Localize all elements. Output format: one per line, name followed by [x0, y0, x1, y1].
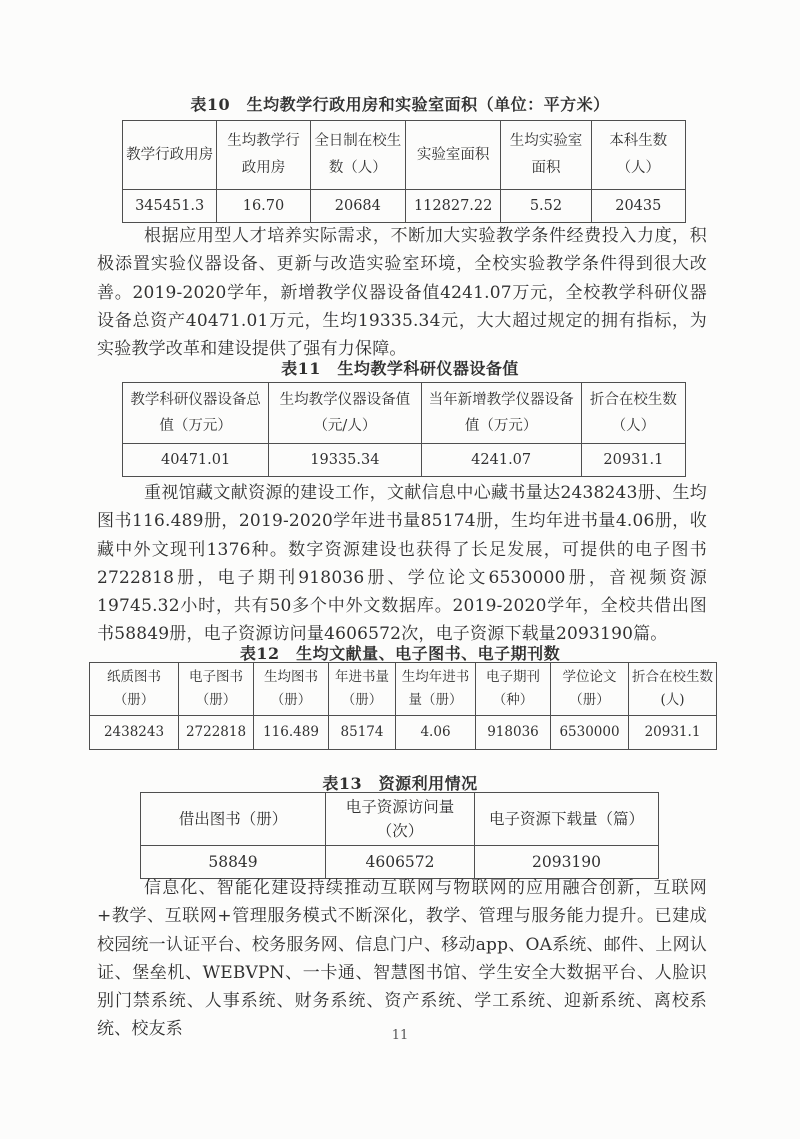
paragraph-3: 信息化、智能化建设持续推动互联网与物联网的应用融合创新，互联网+教学、互联网+管… [97, 874, 707, 1044]
table-13: 借出图书（册） 电子资源访问量（次） 电子资源下载量（篇） 58849 4606… [140, 792, 659, 879]
table-10-data-row: 345451.3 16.70 20684 112827.22 5.52 2043… [123, 190, 686, 223]
header-cell: 本科生数（人） [591, 121, 685, 190]
header-cell: 电子期刊（种） [476, 663, 551, 716]
paragraph-1: 根据应用型人才培养实际需求，不断加大实验教学条件经费投入力度，积极添置实验仪器设… [97, 222, 707, 363]
header-cell: 学位论文（册） [551, 663, 629, 716]
data-cell: 5.52 [501, 190, 591, 223]
header-cell: 电子资源访问量（次） [326, 793, 475, 846]
data-cell: 85174 [329, 716, 396, 750]
header-cell: 生均图书（册） [254, 663, 329, 716]
table-10-header-row: 教学行政用房 生均教学行政用房 全日制在校生数（人） 实验室面积 生均实验室面积… [123, 121, 686, 190]
header-cell: 生均教学行政用房 [217, 121, 310, 190]
data-cell: 918036 [476, 716, 551, 750]
table-12-data-row: 2438243 2722818 116.489 85174 4.06 91803… [90, 716, 717, 750]
header-cell: 实验室面积 [405, 121, 500, 190]
header-cell: 生均年进书量（册） [396, 663, 476, 716]
header-cell: 年进书量（册） [329, 663, 396, 716]
header-cell: 电子资源下载量（篇） [475, 793, 659, 846]
data-cell: 6530000 [551, 716, 629, 750]
table-11-title: 表11 生均教学科研仪器设备值 [0, 358, 800, 380]
data-cell: 20684 [310, 190, 405, 223]
table-12-header-row: 纸质图书（册） 电子图书（册） 生均图书（册） 年进书量（册） 生均年进书量（册… [90, 663, 717, 716]
table-11-data-row: 40471.01 19335.34 4241.07 20931.1 [123, 444, 686, 477]
data-cell: 112827.22 [405, 190, 500, 223]
table-11-header-row: 教学科研仪器设备总值（万元） 生均教学仪器设备值（元/人） 当年新增教学仪器设备… [123, 383, 686, 444]
page-number: 11 [0, 1028, 800, 1043]
data-cell: 2722818 [179, 716, 254, 750]
header-cell: 借出图书（册） [141, 793, 326, 846]
data-cell: 19335.34 [269, 444, 421, 477]
header-cell: 折合在校生数(人) [629, 663, 717, 716]
table-13-header-row: 借出图书（册） 电子资源访问量（次） 电子资源下载量（篇） [141, 793, 659, 846]
table-10-title: 表10 生均教学行政用房和实验室面积（单位：平方米） [0, 94, 800, 116]
document-page: 表10 生均教学行政用房和实验室面积（单位：平方米） 教学行政用房 生均教学行政… [0, 0, 800, 1139]
header-cell: 电子图书（册） [179, 663, 254, 716]
data-cell: 20931.1 [581, 444, 685, 477]
header-cell: 生均实验室面积 [501, 121, 591, 190]
header-cell: 教学科研仪器设备总值（万元） [123, 383, 269, 444]
header-cell: 生均教学仪器设备值（元/人） [269, 383, 421, 444]
header-cell: 纸质图书（册） [90, 663, 179, 716]
data-cell: 2438243 [90, 716, 179, 750]
header-cell: 当年新增教学仪器设备值（万元） [421, 383, 581, 444]
table-10: 教学行政用房 生均教学行政用房 全日制在校生数（人） 实验室面积 生均实验室面积… [122, 120, 686, 223]
header-cell: 教学行政用房 [123, 121, 217, 190]
data-cell: 345451.3 [123, 190, 217, 223]
data-cell: 20435 [591, 190, 685, 223]
table-12: 纸质图书（册） 电子图书（册） 生均图书（册） 年进书量（册） 生均年进书量（册… [89, 662, 717, 750]
paragraph-2: 重视馆藏文献资源的建设工作，文献信息中心藏书量达2438243册、生均图书116… [97, 479, 707, 649]
data-cell: 20931.1 [629, 716, 717, 750]
table-11: 教学科研仪器设备总值（万元） 生均教学仪器设备值（元/人） 当年新增教学仪器设备… [122, 382, 686, 477]
header-cell: 折合在校生数（人） [581, 383, 685, 444]
header-cell: 全日制在校生数（人） [310, 121, 405, 190]
data-cell: 4241.07 [421, 444, 581, 477]
data-cell: 4.06 [396, 716, 476, 750]
data-cell: 40471.01 [123, 444, 269, 477]
data-cell: 116.489 [254, 716, 329, 750]
data-cell: 16.70 [217, 190, 310, 223]
